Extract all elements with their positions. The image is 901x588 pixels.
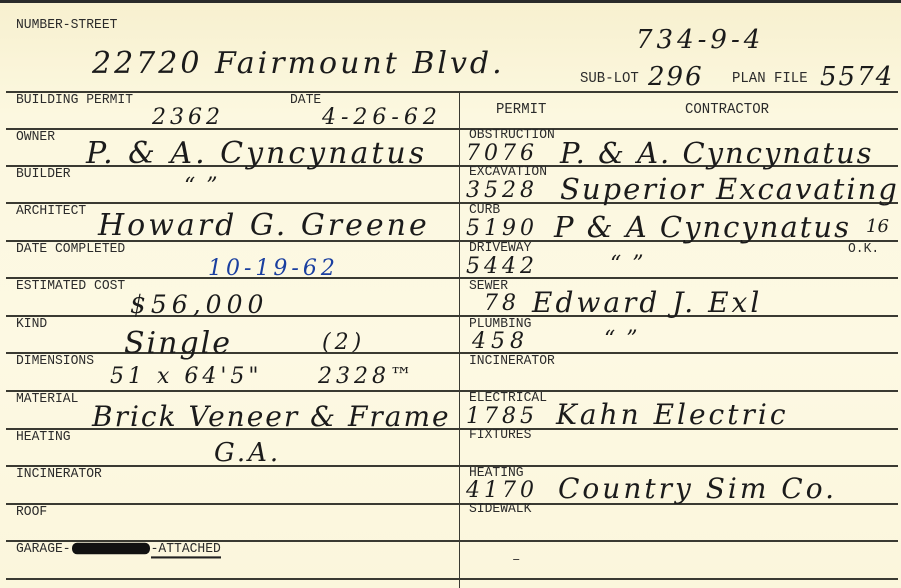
permit-date-value: 4-26-62 <box>322 105 442 130</box>
excavation-permit: 3528 <box>466 178 538 203</box>
garage-label-suffix: -ATTACHED <box>151 541 221 559</box>
kind-value: Single <box>124 326 232 361</box>
sewer-permit: 78 <box>484 291 520 316</box>
obstruction-contractor: P. & A. Cyncynatus <box>560 136 874 170</box>
owner-label: OWNER <box>16 129 55 145</box>
driveway-note: O.K. <box>848 241 879 257</box>
roof-label: ROOF <box>16 504 47 520</box>
heating-value: G.A. <box>214 438 281 468</box>
plan-file-value: 5574 <box>820 62 894 92</box>
architect-label: ARCHITECT <box>16 203 86 219</box>
garage-label: GARAGE--ATTACHED <box>16 541 221 557</box>
sewer-contractor: Edward J. Exl <box>532 286 762 319</box>
obstruction-label: OBSTRUCTION <box>469 127 555 143</box>
rule <box>6 578 898 580</box>
incinerator-label: INCINERATOR <box>16 466 102 482</box>
rule <box>6 128 898 130</box>
sub-lot-label: SUB-LOT <box>580 71 639 88</box>
building-permit-value: 2362 <box>152 105 224 130</box>
redaction-mark <box>72 543 150 555</box>
garage-label-prefix: GARAGE- <box>16 541 71 557</box>
kind-note: (2) <box>322 330 365 355</box>
pencil-dash-mark: – <box>512 552 520 568</box>
address: 22720 Fairmount Blvd. <box>92 46 505 81</box>
curb-label: CURB <box>469 202 500 218</box>
sidewalk-label: SIDEWALK <box>469 501 531 517</box>
heating-label: HEATING <box>16 429 71 445</box>
excavation-label: EXCAVATION <box>469 164 547 180</box>
column-divider <box>459 91 460 588</box>
building-permit-label: BUILDING PERMIT <box>16 92 133 108</box>
driveway-permit: 5442 <box>466 254 538 279</box>
dimensions-value: 51 x 64'5" <box>110 364 263 389</box>
rule <box>6 390 898 392</box>
builder-label: BUILDER <box>16 166 71 182</box>
incinerator-permit-label: INCINERATOR <box>469 353 555 369</box>
owner-value: P. & A. Cyncynatus <box>86 136 427 171</box>
date-completed-label: DATE COMPLETED <box>16 241 125 257</box>
plumbing-contractor: “ ” <box>604 327 640 352</box>
curb-contractor: P & A Cyncynatus <box>554 210 851 244</box>
material-value: Brick Veneer & Frame <box>92 400 451 433</box>
electrical-permit: 1785 <box>466 404 538 429</box>
architect-value: Howard G. Greene <box>98 208 430 243</box>
obstruction-permit: 7076 <box>466 141 538 166</box>
plumbing-permit: 458 <box>472 329 529 354</box>
excavation-contractor: Superior Excavating <box>560 172 899 206</box>
driveway-label: DRIVEWAY <box>469 240 531 256</box>
rule <box>6 91 898 93</box>
sub-lot-value: 296 <box>648 62 704 92</box>
dimensions-area: 2328™ <box>318 364 416 389</box>
curb-permit: 5190 <box>466 216 538 241</box>
permit-column-header: PERMIT <box>496 102 546 119</box>
heating-contractor: Country Sim Co. <box>558 472 837 505</box>
estimated-cost-label: ESTIMATED COST <box>16 278 125 294</box>
parcel-number: 734-9-4 <box>636 25 764 55</box>
date-label: DATE <box>290 92 321 108</box>
electrical-contractor: Kahn Electric <box>556 398 789 431</box>
builder-value: “ ” <box>184 174 220 199</box>
material-label: MATERIAL <box>16 391 78 407</box>
permit-card: NUMBER-STREET 22720 Fairmount Blvd. 734-… <box>0 0 901 588</box>
fixtures-label: FIXTURES <box>469 427 531 443</box>
curb-note: 16 <box>866 216 889 237</box>
contractor-column-header: CONTRACTOR <box>685 102 769 119</box>
kind-label: KIND <box>16 316 47 332</box>
number-street-label: NUMBER-STREET <box>16 17 117 33</box>
dimensions-label: DIMENSIONS <box>16 353 94 369</box>
rule <box>6 465 898 467</box>
rule <box>6 277 898 279</box>
estimated-cost-value: $56,000 <box>130 290 268 319</box>
plan-file-label: PLAN FILE <box>732 71 808 88</box>
electrical-label: ELECTRICAL <box>469 390 547 406</box>
card-top-edge <box>0 0 901 3</box>
date-completed-value: 10-19-62 <box>208 256 339 281</box>
driveway-contractor: “ ” <box>610 252 646 277</box>
heating-permit: 4170 <box>466 478 538 503</box>
